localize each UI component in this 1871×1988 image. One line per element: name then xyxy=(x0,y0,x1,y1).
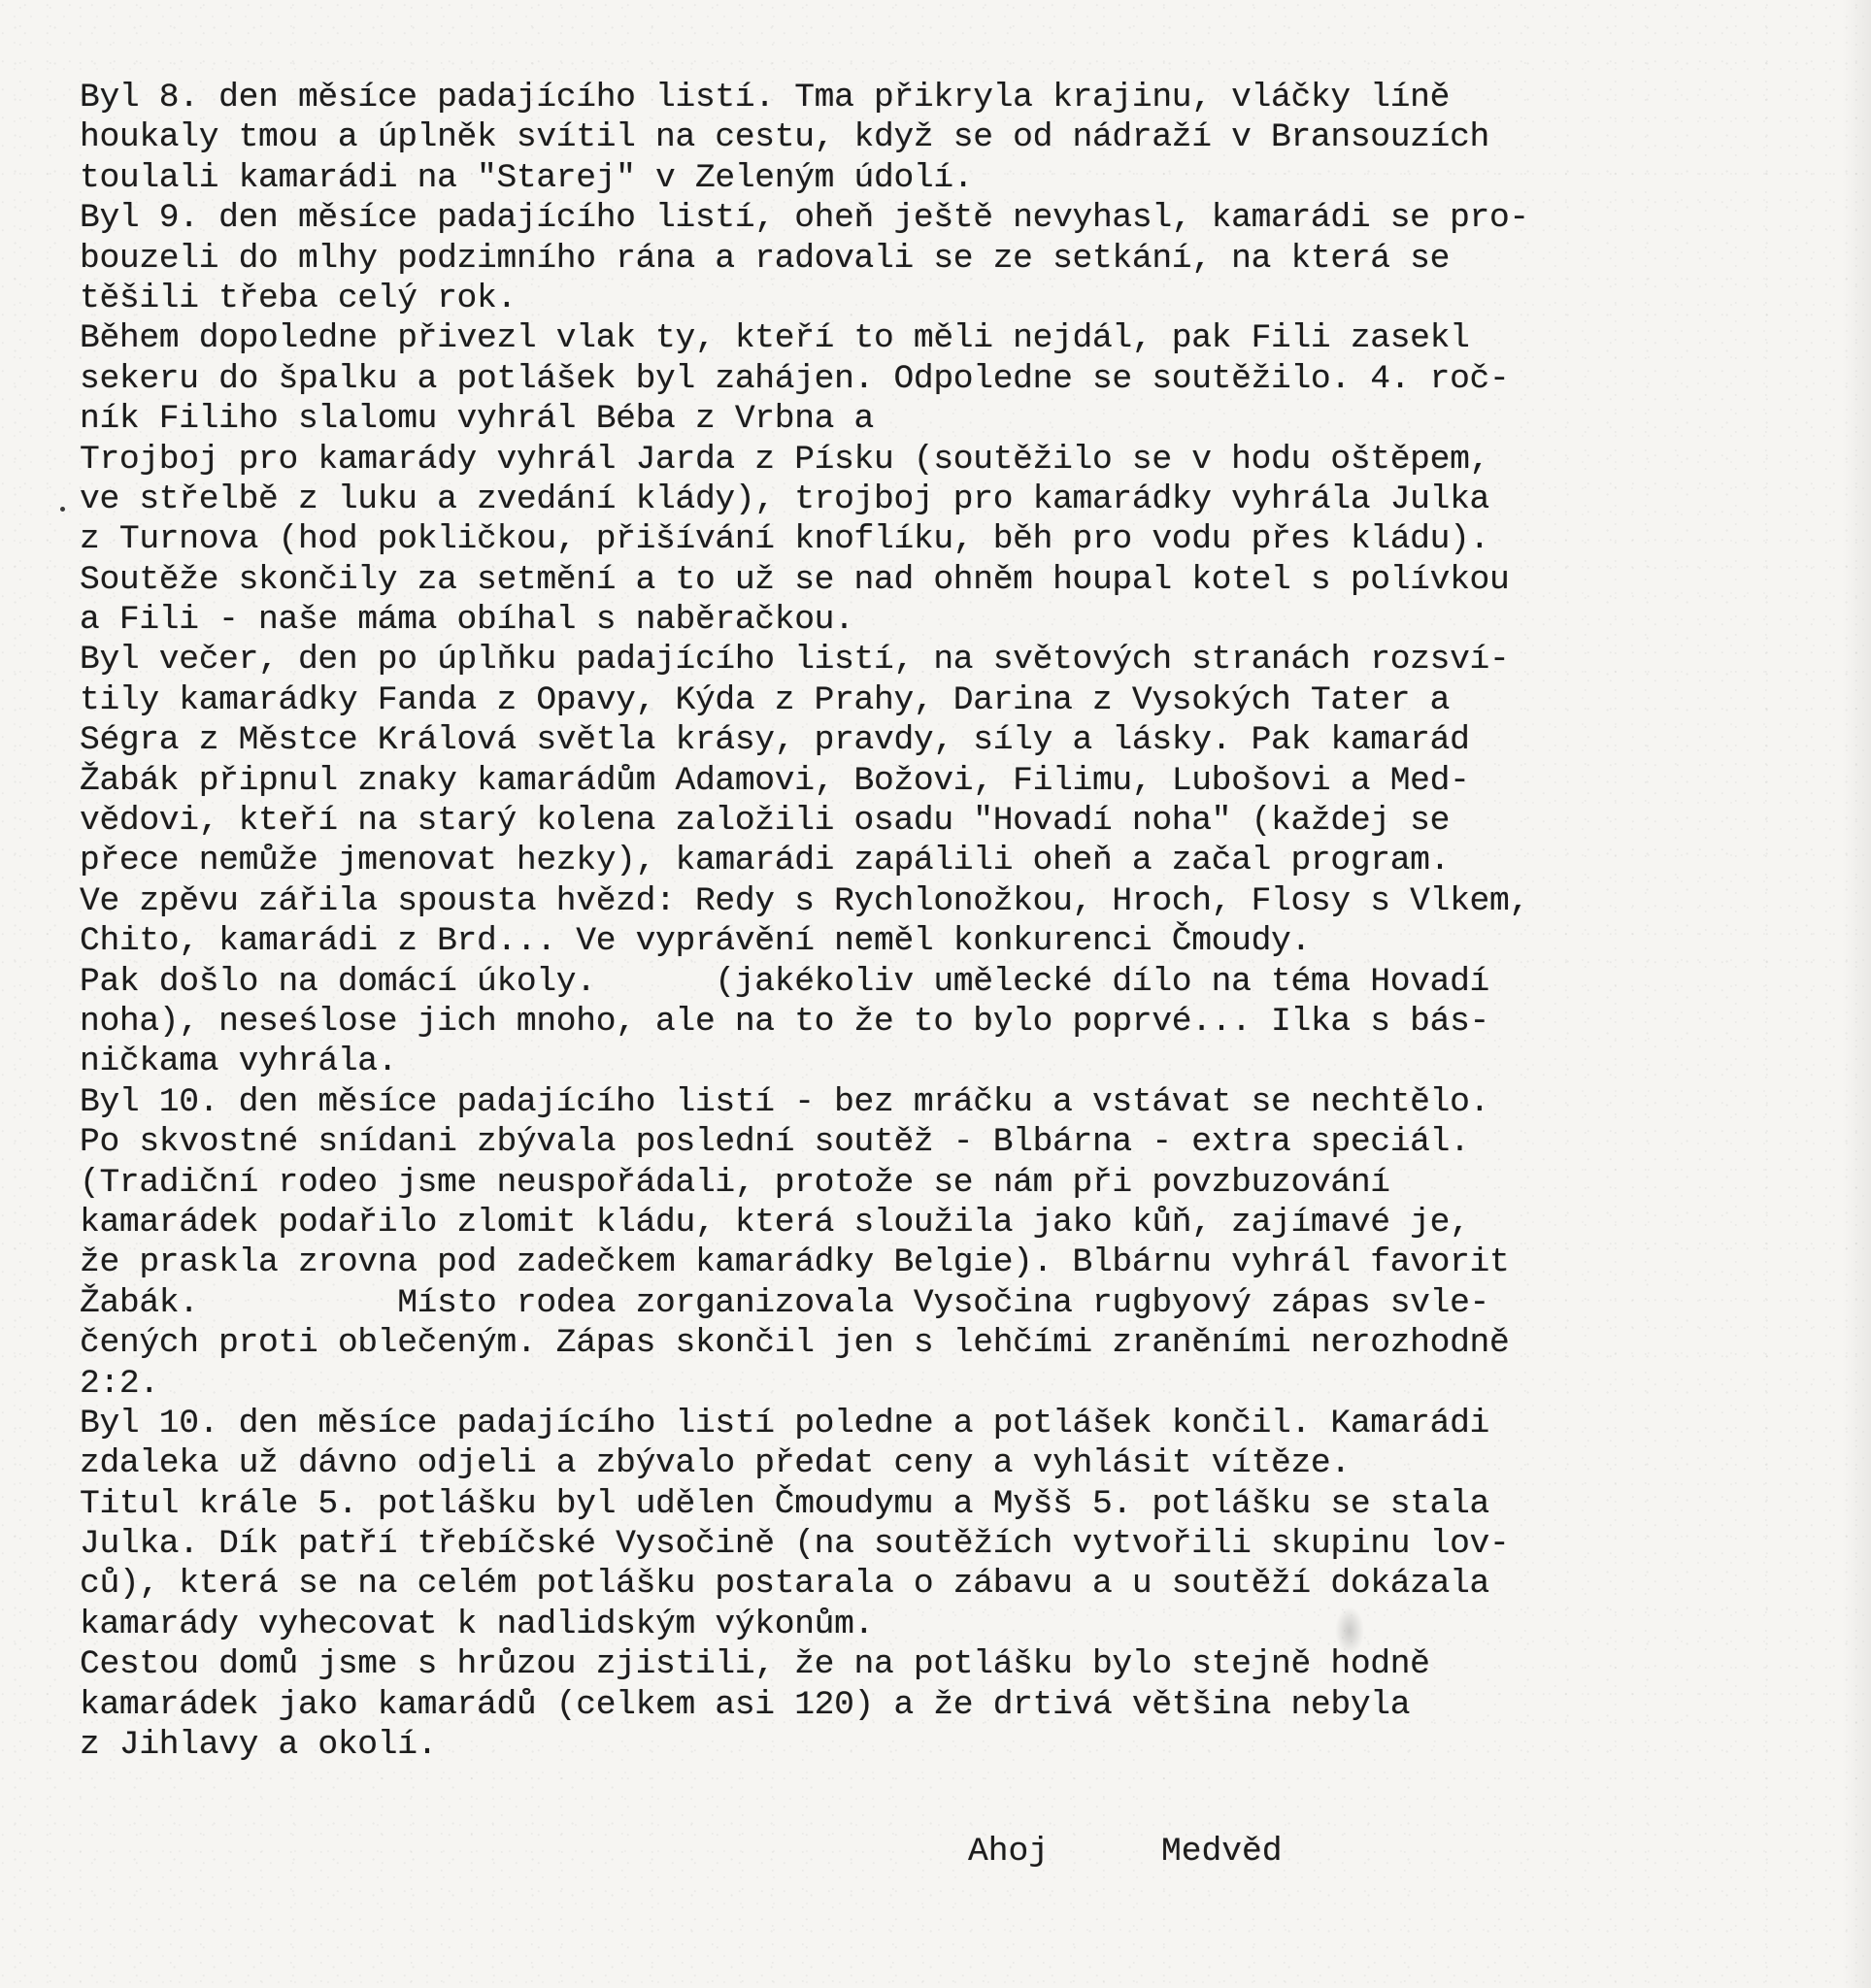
text-line: Byl večer, den po úplňku padajícího list… xyxy=(80,640,1529,679)
text-line: Byl 8. den měsíce padajícího listí. Tma … xyxy=(80,78,1529,117)
text-line: noha), neseślose jich mnoho, ale na to ž… xyxy=(80,1002,1529,1042)
text-line: kamarádek jako kamarádů (celkem asi 120)… xyxy=(80,1685,1529,1725)
text-line: že praskla zrovna pod zadečkem kamarádky… xyxy=(80,1242,1529,1282)
text-line: z Jihlavy a okolí. xyxy=(80,1725,1529,1765)
text-line: Cestou domů jsme s hrůzou zjistili, že n… xyxy=(80,1644,1529,1684)
text-line: toulali kamarádi na "Starej" v Zeleným ú… xyxy=(80,158,1529,198)
text-line: Ségra z Městce Králová světla krásy, pra… xyxy=(80,720,1529,760)
text-line: 2:2. xyxy=(80,1364,1529,1404)
signature: Ahoj Medvěd xyxy=(0,1832,1871,1874)
text-line: Soutěže skončily za setmění a to už se n… xyxy=(80,560,1529,600)
text-line: Žabák připnul znaky kamarádům Adamovi, B… xyxy=(80,761,1529,801)
text-line: Byl 9. den měsíce padajícího listí, oheň… xyxy=(80,198,1529,238)
text-line: Pak došlo na domácí úkoly. (jakékoliv um… xyxy=(80,962,1529,1002)
text-line: zdaleka už dávno odjeli a zbývalo předat… xyxy=(80,1443,1529,1483)
text-line: sekeru do špalku a potlášek byl zahájen.… xyxy=(80,359,1529,399)
signature-name: Medvěd xyxy=(1161,1832,1283,1872)
text-line: Po skvostné snídani zbývala poslední sou… xyxy=(80,1122,1529,1162)
text-line: bouzeli do mlhy podzimního rána a radova… xyxy=(80,239,1529,279)
text-line: Titul krále 5. potlášku byl udělen Čmoud… xyxy=(80,1484,1529,1524)
paper-edge-shadow xyxy=(1842,0,1871,1988)
text-line: houkaly tmou a úplněk svítil na cestu, k… xyxy=(80,117,1529,157)
text-line: Chito, kamarádi z Brd... Ve vyprávění ne… xyxy=(80,921,1529,961)
text-line: a Fili - naše máma obíhal s naběračkou. xyxy=(80,600,1529,640)
text-line: Byl 10. den měsíce padajícího listí pole… xyxy=(80,1404,1529,1443)
text-line: z Turnova (hod pokličkou, přišívání knof… xyxy=(80,519,1529,559)
text-line: těšili třeba celý rok. xyxy=(80,279,1529,318)
text-line: Ve zpěvu zářila spousta hvězd: Redy s Ry… xyxy=(80,881,1529,921)
text-line: Julka. Dík patří třebíčské Vysočině (na … xyxy=(80,1524,1529,1564)
text-line: (Tradiční rodeo jsme neuspořádali, proto… xyxy=(80,1163,1529,1203)
text-line: Během dopoledne přivezl vlak ty, kteří t… xyxy=(80,318,1529,358)
text-line: ců), která se na celém potlášku postaral… xyxy=(80,1564,1529,1604)
text-line: ničkama vyhrála. xyxy=(80,1042,1529,1081)
text-line: Trojboj pro kamarády vyhrál Jarda z Písk… xyxy=(80,440,1529,480)
text-line: ve střelbě z luku a zvedání klády), troj… xyxy=(80,480,1529,519)
text-line: tily kamarádky Fanda z Opavy, Kýda z Pra… xyxy=(80,680,1529,720)
stray-ink-dot xyxy=(60,507,65,512)
text-line: Žabák. Místo rodea zorganizovala Vysočin… xyxy=(80,1283,1529,1323)
signature-greeting: Ahoj xyxy=(968,1832,1049,1872)
text-line: přece nemůže jmenovat hezky), kamarádi z… xyxy=(80,841,1529,880)
text-line: Byl 10. den měsíce padajícího listí - be… xyxy=(80,1082,1529,1122)
typewritten-page: Byl 8. den měsíce padajícího listí. Tma … xyxy=(0,0,1871,1988)
text-line: čených proti oblečeným. Zápas skončil je… xyxy=(80,1323,1529,1363)
text-line: vědovi, kteří na starý kolena založili o… xyxy=(80,801,1529,841)
letter-body: Byl 8. den měsíce padajícího listí. Tma … xyxy=(80,78,1529,1765)
text-line: kamarády vyhecovat k nadlidským výkonům. xyxy=(80,1605,1529,1644)
text-line: ník Filiho slalomu vyhrál Béba z Vrbna a xyxy=(80,399,1529,439)
text-line: kamarádek podařilo zlomit kládu, která s… xyxy=(80,1203,1529,1242)
